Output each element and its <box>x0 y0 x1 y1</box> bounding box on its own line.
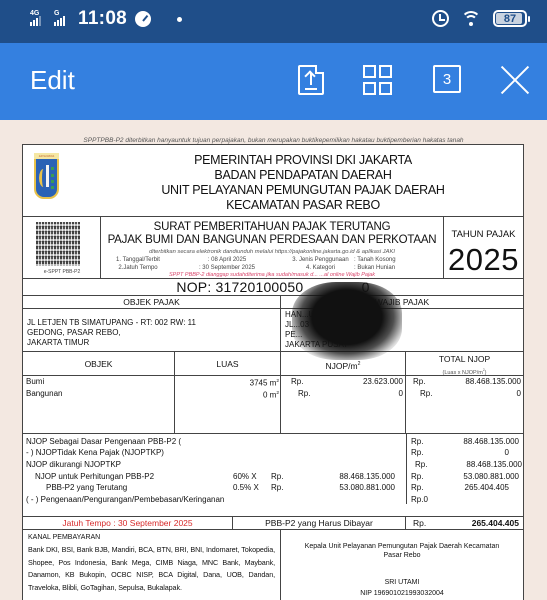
tabs-button[interactable]: 3 <box>433 65 461 93</box>
page-title: Edit <box>30 65 75 96</box>
signal-icon: 4G <box>30 12 44 26</box>
table-cell: 3745 m2 <box>175 376 280 388</box>
notification-dot-icon <box>177 17 182 22</box>
tax-year-box: TAHUN PAJAK 2025 <box>444 217 523 279</box>
nop-label: NOP: <box>176 279 211 295</box>
disclaimer-text: SPPTPBB-P2 diterbitkan hanyauntuk tujuan… <box>0 137 547 144</box>
signal-icon: G <box>54 12 68 26</box>
signatory-title: Kepala Unit Pelayanan Pemungutan Pajak D… <box>281 542 523 560</box>
signatory-nip: NIP 196901021993032004 <box>281 588 523 599</box>
header-line: BADAN PENDAPATAN DAERAH <box>83 168 523 183</box>
table-cell: Rp.0 <box>406 388 523 400</box>
sppt-field-row: 2.Jatuh Tempo : 30 September 2025 4. Kat… <box>109 265 396 273</box>
calculation-section: NJOP Sebagai Dasar Pengenaan PBB-P2 ( Rp… <box>23 434 523 517</box>
table-cell: 0 m2 <box>175 388 280 400</box>
wifi-icon <box>461 11 481 27</box>
alarm-icon <box>432 10 449 27</box>
export-icon[interactable] <box>298 65 324 95</box>
objects-table: OBJEK Bumi Bangunan LUAS 3745 m2 0 m2 NJ… <box>23 352 523 434</box>
sppt-section: e-SPPT PBB-P2 SURAT PEMBERITAHUAN PAJAK … <box>23 217 523 279</box>
calc-row: NJOP untuk Perhitungan PBB-P2 60% X Rp. … <box>23 471 523 482</box>
tax-year-label: TAHUN PAJAK <box>444 229 523 240</box>
calc-row: NJOP Sebagai Dasar Pengenaan PBB-P2 ( Rp… <box>23 436 523 447</box>
objek-pajak-heading: OBJEK PAJAK <box>23 296 281 309</box>
table-cell: Bumi <box>23 376 174 388</box>
footer-section: KANAL PEMBAYARAN Bank DKI, BSI, Bank BJB… <box>23 530 523 600</box>
battery-icon: 87 <box>493 10 527 27</box>
objek-pajak-address: JL LETJEN TB SIMATUPANG - RT: 002 RW: 11… <box>23 309 281 352</box>
table-cell: Rp.88.468.135.000 <box>406 376 523 388</box>
nop-row: NOP: 31720100050 0 <box>23 279 523 296</box>
redaction-smudge <box>292 282 402 360</box>
close-icon[interactable] <box>500 65 530 95</box>
column-header: LUAS <box>175 352 280 376</box>
sppt-note: diterbitkan secara elektronik dandiunduh… <box>101 249 443 255</box>
table-cell: Rp.0 <box>281 388 405 400</box>
header-line: PEMERINTAH PROVINSI DKI JAKARTA <box>83 153 523 168</box>
sppt-document: JAYA RAYA PEMERINTAH PROVINSI DKI JAKART… <box>22 144 524 600</box>
payment-channels-heading: KANAL PEMBAYARAN <box>28 534 275 541</box>
payment-channels: KANAL PEMBAYARAN Bank DKI, BSI, Bank BJB… <box>23 530 281 600</box>
tax-year-value: 2025 <box>444 242 523 278</box>
amount-due-label: PBB-P2 yang Harus Dibayar <box>233 517 406 530</box>
sppt-subtitle: PAJAK BUMI DAN BANGUNAN PERDESAAN DAN PE… <box>101 234 443 246</box>
column-header: TOTAL NJOP(Luas x NJOP/m2) <box>406 352 523 376</box>
header-line: KECAMATAN PASAR REBO <box>83 198 523 213</box>
qr-label: e-SPPT PBB-P2 <box>23 269 101 275</box>
signatory-name: SRI UTAMI <box>281 577 523 588</box>
calc-row: ( - ) Pengenaan/Pengurangan/Pembebasan/K… <box>23 494 523 505</box>
calc-row: - ) NJOPTidak Kena Pajak (NJOPTKP) Rp.0 <box>23 447 523 458</box>
header-line: UNIT PELAYANAN PEMUNGUTAN PAJAK DAERAH <box>83 183 523 198</box>
calc-row: PBB-P2 yang Terutang 0.5% X Rp. 53.080.8… <box>23 482 523 493</box>
app-bar: Edit 3 <box>0 43 547 120</box>
sppt-red-note: SPPT PBBP-2 dianggap sudahditerima jika … <box>101 272 443 278</box>
calc-row: NJOP dikurangi NJOPTKP Rp.88.468.135.000 <box>23 459 523 470</box>
tab-count: 3 <box>443 71 451 88</box>
network-type-g: G <box>54 10 59 17</box>
document-header: JAYA RAYA PEMERINTAH PROVINSI DKI JAKART… <box>23 145 523 217</box>
grid-view-icon[interactable] <box>363 65 393 95</box>
column-header: OBJEK <box>23 352 174 376</box>
signature-block: Kepala Unit Pelayanan Pemungutan Pajak D… <box>281 530 523 599</box>
table-cell: Rp.23.623.000 <box>281 376 405 388</box>
due-date: Jatuh Tempo : 30 September 2025 <box>23 517 233 530</box>
speed-meter-icon <box>135 11 151 27</box>
table-cell: Bangunan <box>23 388 174 400</box>
amount-due-value: 265.404.405 <box>472 517 519 530</box>
jakarta-emblem-icon: JAYA RAYA <box>34 153 59 199</box>
payment-channels-list: Bank DKI, BSI, Bank BJB, Mandiri, BCA, B… <box>28 544 275 594</box>
sppt-title: SURAT PEMBERITAHUAN PAJAK TERUTANG <box>101 221 443 233</box>
clock: 11:08 <box>78 8 127 30</box>
nop-value: 31720100050 <box>216 279 304 295</box>
qr-code-icon <box>36 222 80 266</box>
battery-level: 87 <box>504 13 516 25</box>
status-bar: 4G G 11:08 87 <box>0 0 547 43</box>
sppt-field-row: 1. Tanggal/Terbit : 08 April 2025 3. Jen… <box>109 257 396 265</box>
amount-due-row: Jatuh Tempo : 30 September 2025 PBB-P2 y… <box>23 517 523 530</box>
network-type-4g: 4G <box>30 10 39 17</box>
